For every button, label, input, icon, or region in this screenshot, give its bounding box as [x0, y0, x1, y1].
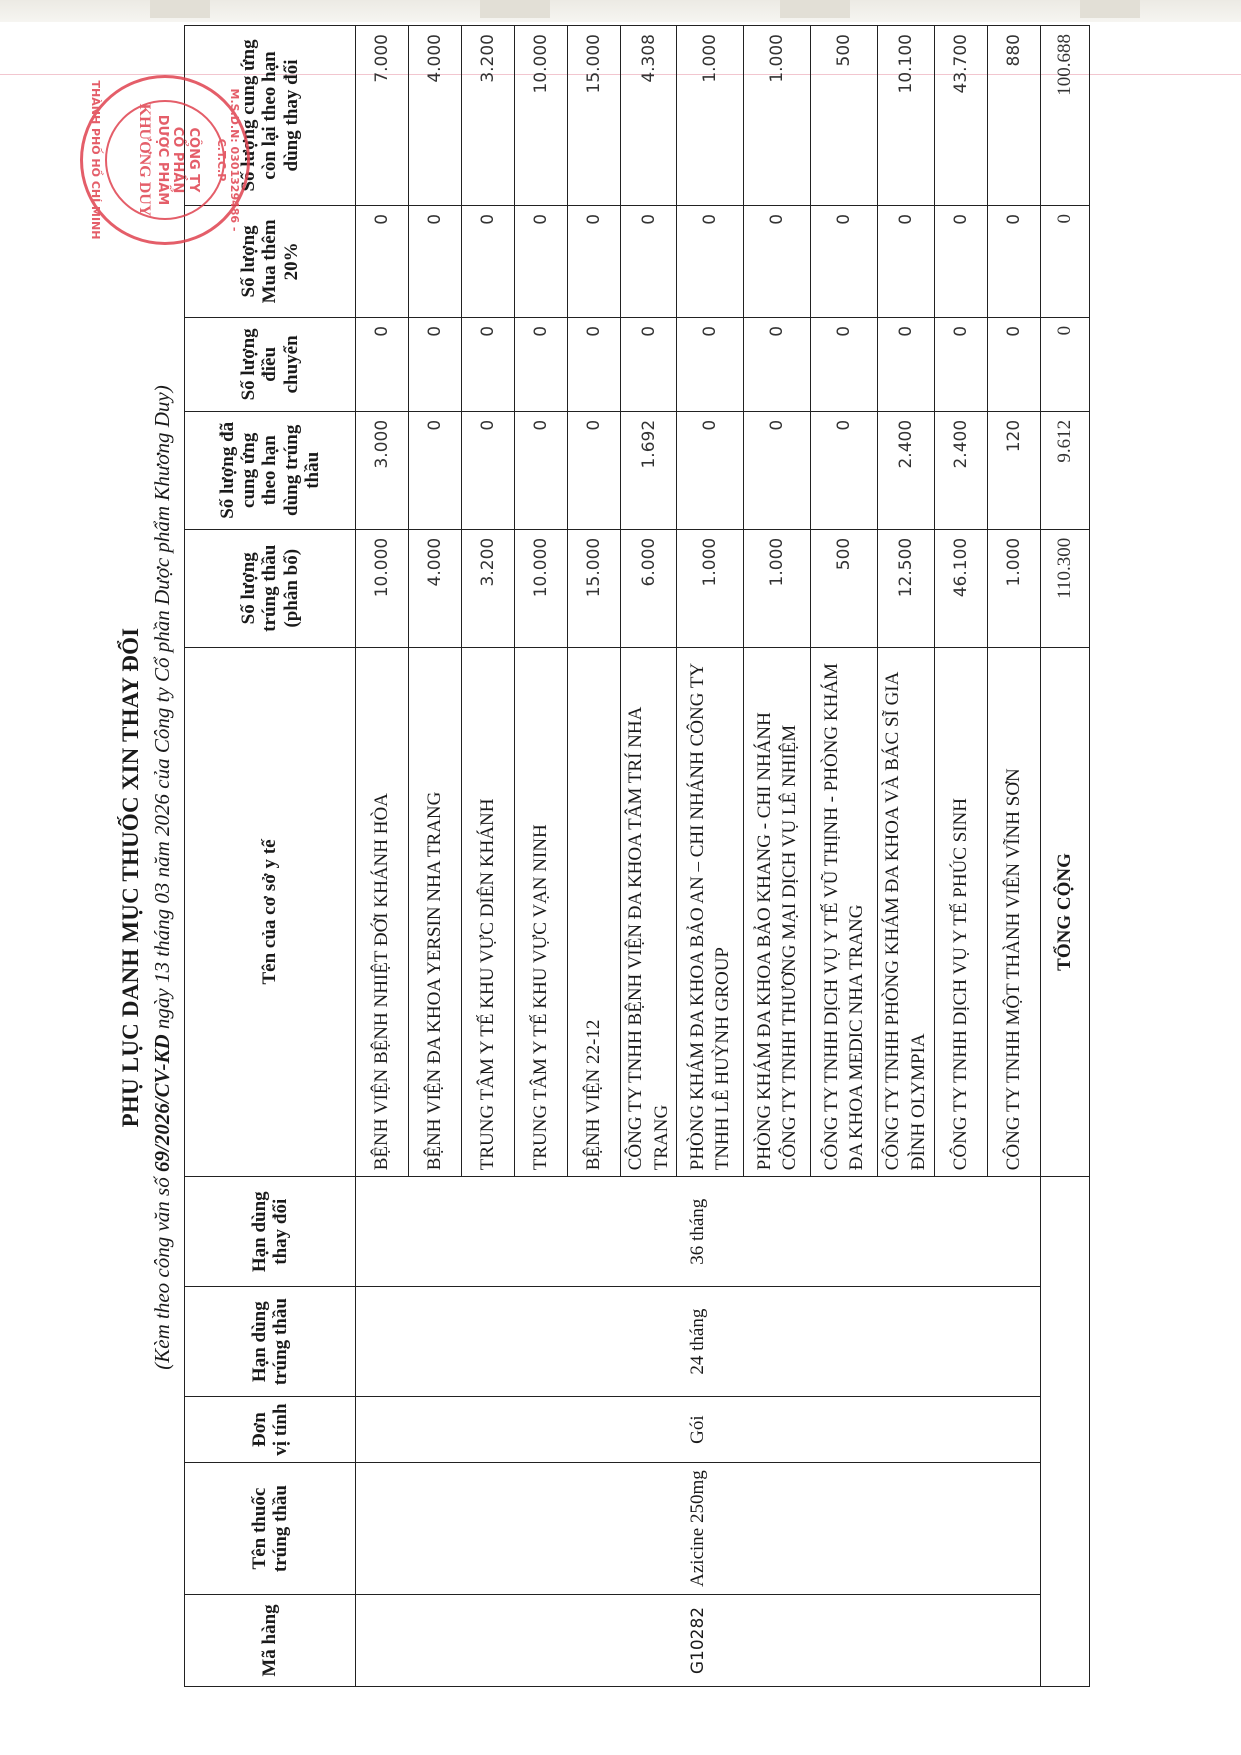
supplied-cell: 0: [462, 411, 515, 529]
supplied-cell: 0: [515, 411, 568, 529]
total-remaining: 100.688: [1040, 26, 1089, 206]
facility-name-cell: BỆNH VIỆN BỆNH NHIỆT ĐỚI KHÁNH HÒA: [356, 647, 409, 1177]
document-subtitle: (Kèm theo công văn số 69/2026/CV-KD ngày…: [150, 0, 175, 1755]
allocated-cell: 10.000: [356, 529, 409, 647]
seal-ring-bottom: THÀNH PHỐ HỒ CHÍ MINH: [89, 78, 102, 242]
transferred-cell: 0: [462, 317, 515, 411]
extra-20-cell: 0: [462, 205, 515, 317]
header-item-code: Mã hàng: [185, 1595, 356, 1687]
seal-center: CÔNG TY CỔ PHẦN DƯỢC PHẨM KHƯƠNG DUY: [135, 78, 201, 242]
facility-name-cell: CÔNG TY TNHH DỊCH VỤ Y TẾ VŨ THỊNH - PHÒ…: [811, 647, 878, 1177]
drug-change-table: Mã hàng Tên thuốc trúng thầu Đơn vị tính…: [184, 25, 1090, 1687]
remaining-cell: 4.000: [409, 26, 462, 206]
allocated-cell: 10.000: [515, 529, 568, 647]
extra-20-cell: 0: [744, 205, 811, 317]
unit-cell: Gói: [356, 1397, 1041, 1463]
remaining-cell: 10.000: [515, 26, 568, 206]
extra-20-cell: 0: [568, 205, 621, 317]
drug-name-cell: Azicine 250mg: [356, 1463, 1041, 1595]
transferred-cell: 0: [934, 317, 987, 411]
facility-name-cell: BỆNH VIỆN ĐA KHOA YERSIN NHA TRANG: [409, 647, 462, 1177]
supplied-cell: 2.400: [934, 411, 987, 529]
remaining-cell: 3.200: [462, 26, 515, 206]
extra-20-cell: 0: [987, 205, 1040, 317]
supplied-cell: 0: [677, 411, 744, 529]
facility-name-cell: CÔNG TY TNHH BỆNH VIỆN ĐA KHOA TÂM TRÍ N…: [621, 647, 677, 1177]
header-allocated: Số lượng trúng thầu (phân bổ): [185, 529, 356, 647]
allocated-cell: 46.100: [934, 529, 987, 647]
table-row: G10282Azicine 250mgGói24 tháng36 thángBỆ…: [356, 26, 409, 1687]
subtitle-prefix: (Kèm theo công văn số: [150, 1177, 174, 1369]
extra-20-cell: 0: [621, 205, 677, 317]
company-seal: M.S.D.N: 0301329486 - C.T.C.P CÔNG TY CỔ…: [80, 75, 250, 245]
total-label: TỔNG CỘNG: [1040, 647, 1089, 1177]
seal-line: CÔNG TY: [185, 78, 201, 242]
header-facility: Tên của cơ sở y tế: [185, 647, 356, 1177]
subtitle-suffix: ngày 13 tháng 03 năm 2026 của Công ty Cổ…: [150, 385, 174, 1029]
header-transferred: Số lượng điều chuyển: [185, 317, 356, 411]
supplied-cell: 1.692: [621, 411, 677, 529]
facility-name-cell: CÔNG TY TNHH MỘT THÀNH VIÊN VĨNH SƠN: [987, 647, 1040, 1177]
facility-name-cell: PHÒNG KHÁM ĐA KHOA BẢO KHANG - CHI NHÁNH…: [744, 647, 811, 1177]
seal-company-name: KHƯƠNG DUY: [135, 78, 154, 242]
facility-name-cell: TRUNG TÂM Y TẾ KHU VỰC VẠN NINH: [515, 647, 568, 1177]
allocated-cell: 3.200: [462, 529, 515, 647]
extra-20-cell: 0: [878, 205, 934, 317]
total-extra-20: 0: [1040, 205, 1089, 317]
allocated-cell: 500: [811, 529, 878, 647]
transferred-cell: 0: [409, 317, 462, 411]
extra-20-cell: 0: [811, 205, 878, 317]
allocated-cell: 1.000: [987, 529, 1040, 647]
remaining-cell: 43.700: [934, 26, 987, 206]
allocated-cell: 15.000: [568, 529, 621, 647]
item-code-cell: G10282: [356, 1595, 1041, 1687]
transferred-cell: 0: [515, 317, 568, 411]
extra-20-cell: 0: [356, 205, 409, 317]
supplied-cell: 120: [987, 411, 1040, 529]
header-drug-name: Tên thuốc trúng thầu: [185, 1463, 356, 1595]
header-expiry-changed: Hạn dùng thay đổi: [185, 1177, 356, 1287]
extra-20-cell: 0: [934, 205, 987, 317]
expiry-bid-cell: 24 tháng: [356, 1287, 1041, 1397]
facility-name-cell: PHÒNG KHÁM ĐA KHOA BẢO AN – CHI NHÁNH CÔ…: [677, 647, 744, 1177]
allocated-cell: 1.000: [744, 529, 811, 647]
allocated-cell: 12.500: [878, 529, 934, 647]
remaining-cell: 15.000: [568, 26, 621, 206]
supplied-cell: 2.400: [878, 411, 934, 529]
subtitle-reference: 69/2026/CV-KD: [150, 1034, 174, 1172]
total-row: TỔNG CỘNG110.3009.61200100.688: [1040, 26, 1089, 1687]
header-supplied: Số lượng đã cung ứng theo hạn dùng trúng…: [185, 411, 356, 529]
facility-name-cell: TRUNG TÂM Y TẾ KHU VỰC DIÊN KHÁNH: [462, 647, 515, 1177]
rotated-document-page: PHỤ LỤC DANH MỤC THUỐC XIN THAY ĐỔI (Kèm…: [0, 0, 1241, 1755]
transferred-cell: 0: [987, 317, 1040, 411]
document-title: PHỤ LỤC DANH MỤC THUỐC XIN THAY ĐỔI: [118, 0, 144, 1755]
transferred-cell: 0: [811, 317, 878, 411]
seal-line: DƯỢC PHẨM: [154, 78, 170, 242]
remaining-cell: 7.000: [356, 26, 409, 206]
total-allocated: 110.300: [1040, 529, 1089, 647]
remaining-cell: 1.000: [677, 26, 744, 206]
supplied-cell: 0: [744, 411, 811, 529]
transferred-cell: 0: [744, 317, 811, 411]
table-header-row: Mã hàng Tên thuốc trúng thầu Đơn vị tính…: [185, 26, 356, 1687]
remaining-cell: 10.100: [878, 26, 934, 206]
transferred-cell: 0: [621, 317, 677, 411]
total-transferred: 0: [1040, 317, 1089, 411]
remaining-cell: 500: [811, 26, 878, 206]
supplied-cell: 0: [811, 411, 878, 529]
transferred-cell: 0: [356, 317, 409, 411]
extra-20-cell: 0: [677, 205, 744, 317]
remaining-cell: 880: [987, 26, 1040, 206]
transferred-cell: 0: [677, 317, 744, 411]
total-blank-cell: [1040, 1177, 1089, 1687]
transferred-cell: 0: [878, 317, 934, 411]
allocated-cell: 4.000: [409, 529, 462, 647]
header-expiry-bid: Hạn dùng trúng thầu: [185, 1287, 356, 1397]
seal-ring-top: M.S.D.N: 0301329486 - C.T.C.P: [215, 78, 241, 242]
seal-line: CỔ PHẦN: [170, 78, 186, 242]
facility-name-cell: CÔNG TY TNHH PHÒNG KHÁM ĐA KHOA VÀ BÁC S…: [878, 647, 934, 1177]
supplied-cell: 3.000: [356, 411, 409, 529]
extra-20-cell: 0: [409, 205, 462, 317]
allocated-cell: 6.000: [621, 529, 677, 647]
supplied-cell: 0: [409, 411, 462, 529]
transferred-cell: 0: [568, 317, 621, 411]
remaining-cell: 1.000: [744, 26, 811, 206]
facility-name-cell: CÔNG TY TNHH DỊCH VỤ Y TẾ PHÚC SINH: [934, 647, 987, 1177]
supplied-cell: 0: [568, 411, 621, 529]
header-unit: Đơn vị tính: [185, 1397, 356, 1463]
total-supplied: 9.612: [1040, 411, 1089, 529]
extra-20-cell: 0: [515, 205, 568, 317]
facility-name-cell: BỆNH VIỆN 22-12: [568, 647, 621, 1177]
remaining-cell: 4.308: [621, 26, 677, 206]
allocated-cell: 1.000: [677, 529, 744, 647]
expiry-changed-cell: 36 tháng: [356, 1177, 1041, 1287]
